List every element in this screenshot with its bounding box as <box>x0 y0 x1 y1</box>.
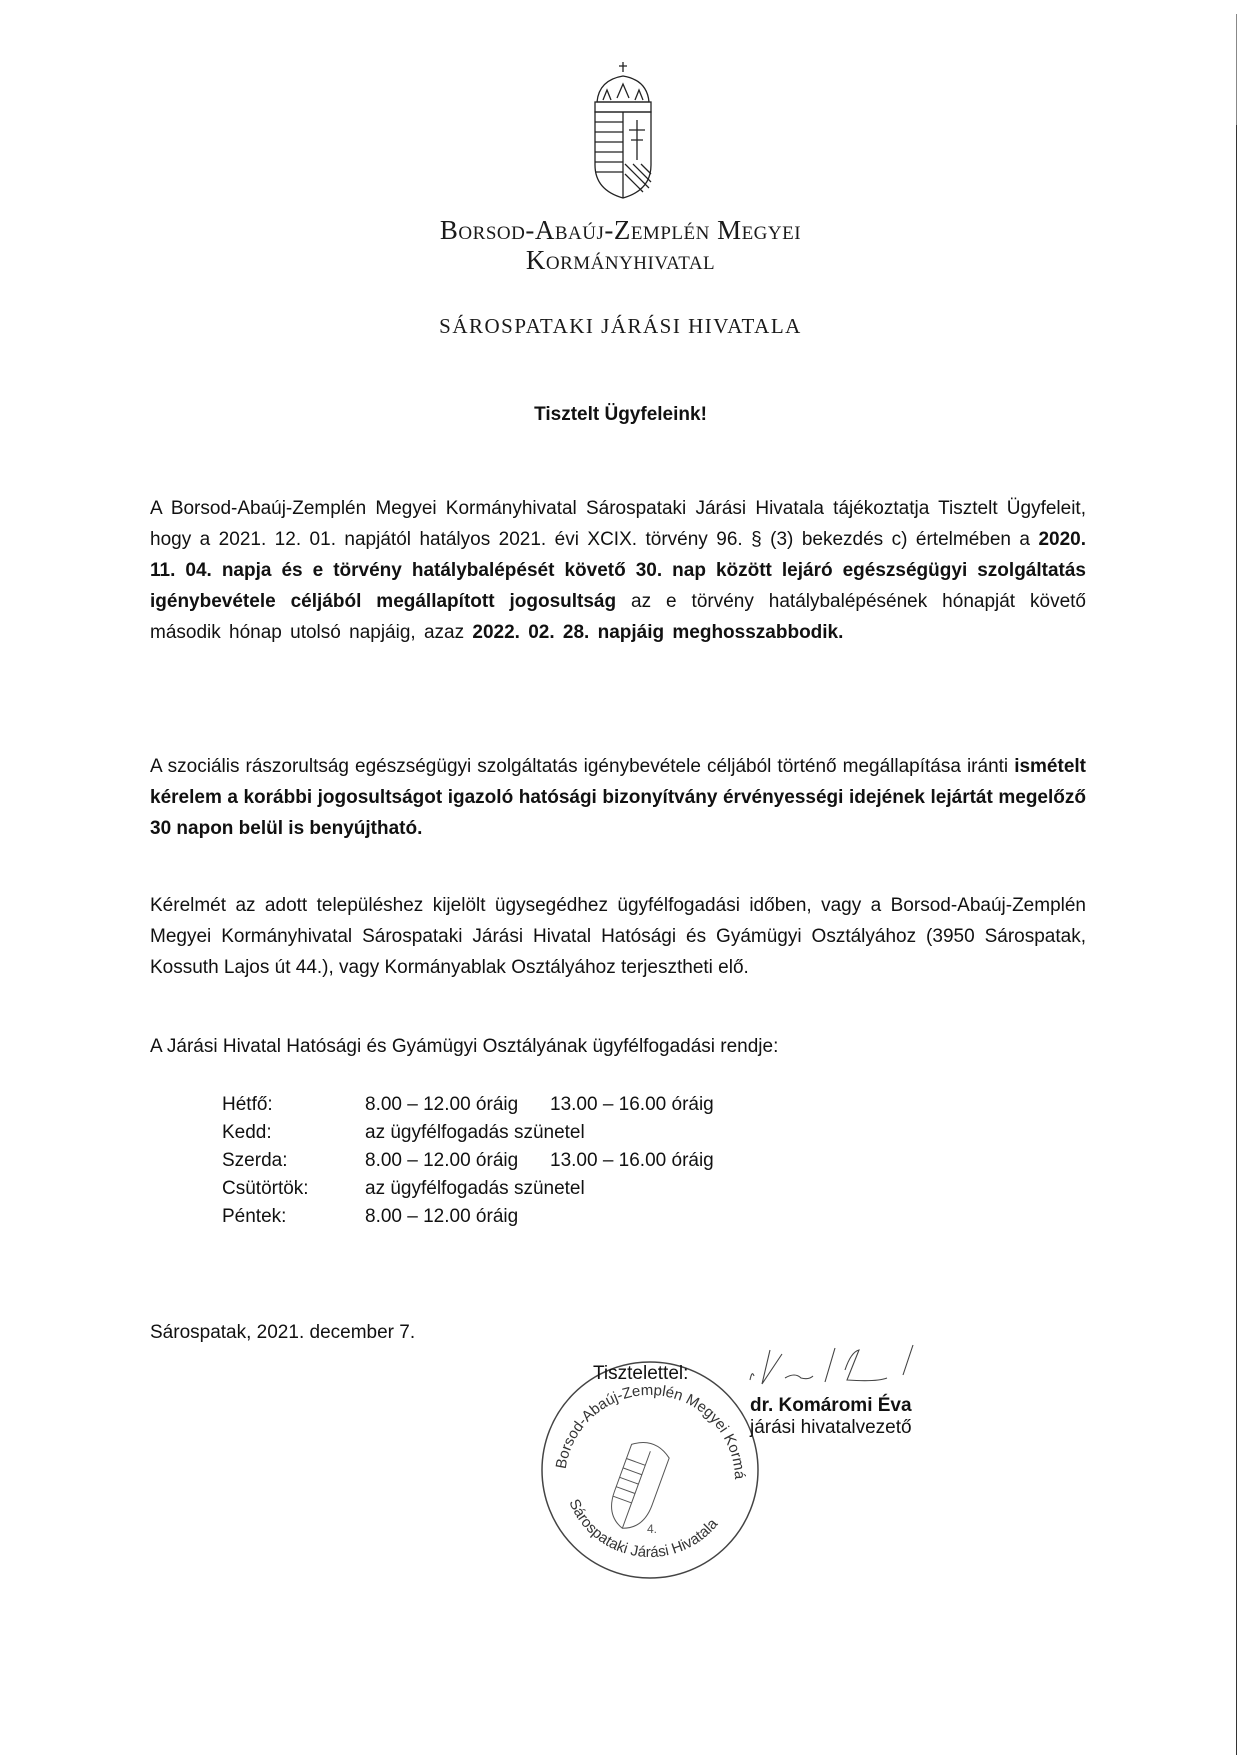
office-name: SÁROSPATAKI JÁRÁSI HIVATALA <box>0 314 1241 339</box>
svg-text:Sárospataki Járási Hivatala: Sárospataki Járási Hivatala <box>565 1497 721 1562</box>
signer-name: dr. Komáromi Éva <box>750 1395 912 1417</box>
schedule-row: Péntek:8.00 – 12.00 óráig <box>222 1206 714 1234</box>
schedule-row: Szerda:8.00 – 12.00 óráig13.00 – 16.00 ó… <box>222 1150 714 1178</box>
org-name-line1: Borsod-Abaúj-Zemplén Megyei <box>0 215 1241 246</box>
greeting: Tisztelettel: <box>593 1363 688 1385</box>
paragraph-repeat-application: A szociális rászorultság egészségügyi sz… <box>150 751 1086 844</box>
paragraph-extension-notice: A Borsod-Abaúj-Zemplén Megyei Kormányhiv… <box>150 493 1086 648</box>
paragraph-hours-intro: A Járási Hivatal Hatósági és Gyámügyi Os… <box>150 1031 1086 1062</box>
schedule-row: Csütörtök:az ügyfélfogadás szünetel <box>222 1178 714 1206</box>
signer-title: járási hivatalvezető <box>750 1417 912 1439</box>
schedule-row: Hétfő:8.00 – 12.00 óráig13.00 – 16.00 ór… <box>222 1094 714 1122</box>
official-stamp-icon: Borsod-Abaúj-Zemplén Megyei Kormányhivat… <box>535 1355 765 1585</box>
svg-text:4.: 4. <box>647 1522 657 1536</box>
scan-edge-line-dark <box>1236 125 1237 1755</box>
paragraph-submission-info: Kérelmét az adott településhez kijelölt … <box>150 890 1086 983</box>
signer-block: dr. Komáromi Éva járási hivatalvezető <box>750 1395 912 1439</box>
place-date: Sárospatak, 2021. december 7. <box>150 1322 415 1344</box>
office-hours-schedule: Hétfő:8.00 – 12.00 óráig13.00 – 16.00 ór… <box>222 1094 714 1234</box>
org-name-line2: Kormányhivatal <box>0 245 1241 276</box>
hungarian-coat-of-arms-icon <box>583 60 663 200</box>
salutation: Tisztelt Ügyfeleink! <box>0 404 1241 426</box>
handwritten-signature-icon <box>745 1340 925 1390</box>
schedule-row: Kedd:az ügyfélfogadás szünetel <box>222 1122 714 1150</box>
